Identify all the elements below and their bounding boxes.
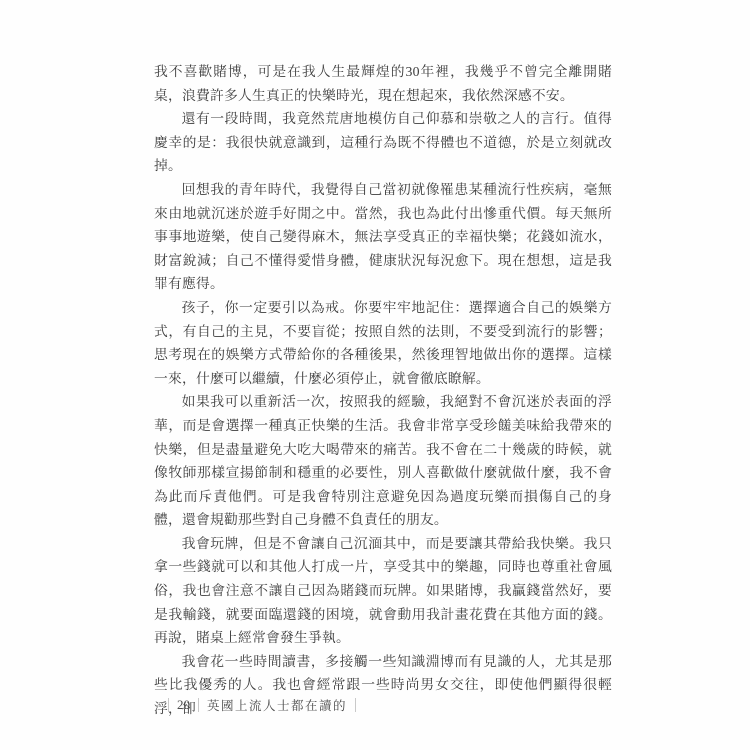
page-text-column: 我不喜歡賭博，可是在我人生最輝煌的30年裡，我幾乎不曾完全離開賭桌，浪費許多人生…	[154, 60, 612, 721]
paragraph: 我會玩牌，但是不會讓自己沉湎其中，而是要讓其帶給我快樂。我只拿一些錢就可以和其他…	[154, 532, 612, 650]
running-book-title: 英國上流人士都在讀的	[207, 696, 347, 714]
paragraph: 我不喜歡賭博，可是在我人生最輝煌的30年裡，我幾乎不曾完全離開賭桌，浪費許多人生…	[154, 60, 612, 107]
paragraph: 如果我可以重新活一次，按照我的經驗，我絕對不會沉迷於表面的浮華，而是會選擇一種真…	[154, 390, 612, 532]
paragraph: 還有一段時間，我竟然荒唐地模仿自己仰慕和崇敬之人的言行。值得慶幸的是：我很快就意…	[154, 107, 612, 178]
footer-divider	[168, 698, 169, 712]
footer-divider	[355, 698, 356, 712]
paragraph: 孩子，你一定要引以為戒。你要牢牢地記住：選擇適合自己的娛樂方式，有自己的主見，不…	[154, 296, 612, 390]
book-page: 我不喜歡賭博，可是在我人生最輝煌的30年裡，我幾乎不曾完全離開賭桌，浪費許多人生…	[0, 0, 750, 750]
footer-divider	[198, 698, 199, 712]
page-footer: 20 英國上流人士都在讀的	[160, 696, 364, 714]
page-number: 20	[177, 697, 190, 713]
paragraph: 回想我的青年時代，我覺得自己當初就像罹患某種流行性疾病，毫無來由地就沉迷於遊手好…	[154, 178, 612, 296]
